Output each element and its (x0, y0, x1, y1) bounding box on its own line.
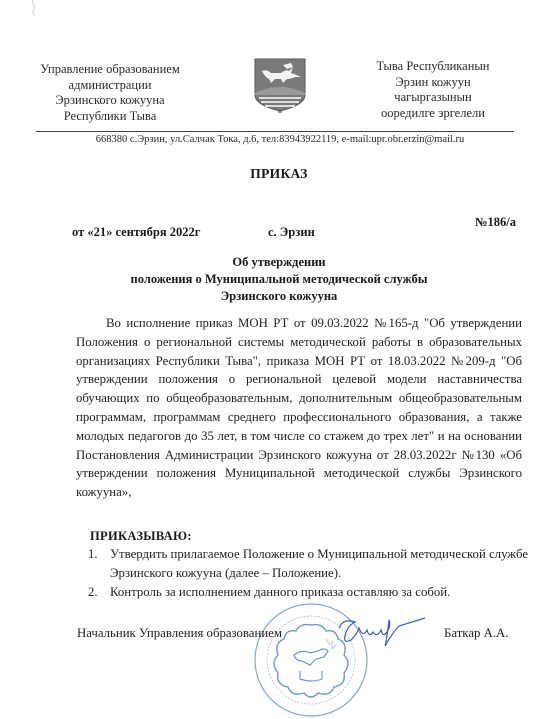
subject-line: положения о Муниципальной методической с… (0, 271, 558, 288)
signatory-role: Начальник Управления образованием (77, 626, 282, 641)
subject-line: Об утверждении (0, 254, 558, 271)
document-title: ПРИКАЗ (0, 166, 558, 182)
order-item-text: Контроль за исполнением данного приказа … (110, 583, 528, 602)
signatory-name: Баткар А.А. (444, 626, 508, 641)
order-item-number: 2. (88, 583, 110, 602)
document-date: от «21» сентября 2022г (72, 225, 200, 240)
order-item: 2. Контроль за исполнением данного прика… (88, 583, 528, 602)
header-right-line: чагыргазынын (358, 90, 508, 106)
header-org-russian: Управление образованием администрации Эр… (20, 62, 200, 124)
header-left-line: Эрзинского кожууна (20, 93, 200, 109)
header-address: 668380 с.Эрзин, ул.Салчак Тока, д.6, тел… (20, 134, 540, 145)
header-left-line: Республики Тыва (20, 109, 200, 125)
header-right-line: Эрзин кожуун (358, 75, 508, 91)
document-body: Во исполнение приказ МОН РТ от 09.03.202… (76, 314, 522, 502)
header-divider (36, 131, 514, 132)
document-number: №186/а (475, 215, 516, 230)
order-item-text: Утвердить прилагаемое Положение о Муници… (110, 545, 528, 583)
order-item-number: 1. (88, 545, 110, 583)
coat-of-arms-horse-icon (253, 57, 307, 113)
order-list: 1. Утвердить прилагаемое Положение о Мун… (88, 545, 528, 601)
body-paragraph: Во исполнение приказ МОН РТ от 09.03.202… (76, 316, 522, 499)
header-left-line: Управление образованием (20, 62, 200, 78)
document-place: с. Эрзин (268, 225, 315, 240)
order-heading: ПРИКАЗЫВАЮ: (90, 529, 192, 544)
header-org-tuvan: Тыва Республиканын Эрзин кожуун чагыргаз… (358, 59, 508, 121)
scan-artifact (30, 0, 38, 16)
order-item: 1. Утвердить прилагаемое Положение о Мун… (88, 545, 528, 583)
handwritten-signature-icon (333, 614, 428, 648)
document-subject: Об утверждении положения о Муниципальной… (0, 254, 558, 305)
header-right-line: ооредилге эргелели (358, 106, 508, 122)
header-left-line: администрации (20, 78, 200, 94)
subject-line: Эрзинского кожууна (0, 288, 558, 305)
header-right-line: Тыва Республиканын (358, 59, 508, 75)
